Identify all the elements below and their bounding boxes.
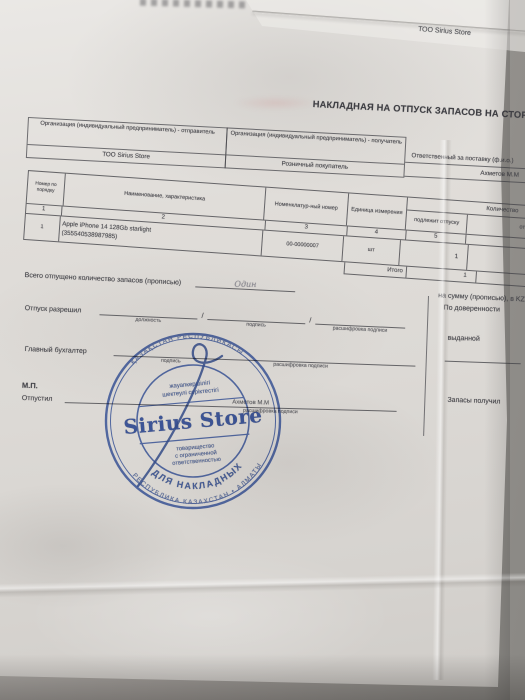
cell-qty-due: 1 <box>399 240 469 270</box>
stamp-svg: жауапкершілігі шектеулі серіктестігі Sir… <box>98 326 288 516</box>
col-header-number: Номер по порядку <box>27 171 66 205</box>
company-stamp: жауапкершілігі шектеулі серіктестігі Sir… <box>98 326 288 516</box>
col-header-unit: Единица измерения <box>347 193 408 229</box>
faint-pink-smudge <box>233 96 318 110</box>
separator-slash: / <box>201 313 203 320</box>
stamp-company-name: Sirius Store <box>123 403 264 439</box>
bottom-shadow <box>0 654 525 700</box>
cell-row-number: 1 <box>24 214 61 241</box>
photo-of-waybill-document: ТОО Sirius Store НАКЛАДНАЯ НА ОТПУСК ЗАП… <box>0 0 525 700</box>
item-name-text: Apple iPhone 14 128Gb starlight (3555405… <box>61 220 174 246</box>
written-total-value: Один <box>234 280 256 289</box>
proxy-issued-label: выданной <box>447 335 479 343</box>
cell-item-code: 00-00000007 <box>262 231 344 262</box>
cell-item-unit: шт <box>342 236 401 265</box>
separator-slash: / <box>309 317 311 324</box>
stamp-place-label: М.П. <box>22 381 38 391</box>
position-sublabel: должность <box>135 317 161 324</box>
col-header-code: Номенклатур-ный номер <box>265 188 349 226</box>
released-label: Отпустил <box>22 395 62 403</box>
right-edge-shadow <box>484 0 510 700</box>
